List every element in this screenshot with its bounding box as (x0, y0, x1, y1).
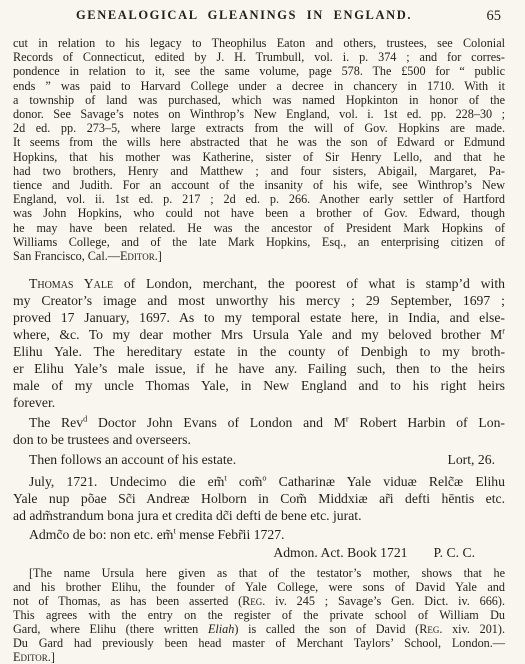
text-line: It seems from the wills here abstracted … (13, 135, 505, 149)
text-line: tience and Judith. For an account of the… (13, 178, 505, 192)
italic-text: Eliah (208, 623, 234, 636)
text-line: pondence in relation to it, see the same… (13, 64, 505, 78)
admco-line: Admc̃o de bo: non etc. em̃t mense Febr̃i… (13, 526, 505, 543)
estate-reference-line-right-text: Lort, 26. (447, 451, 505, 468)
small-caps-text: Thomas Yale (29, 276, 113, 291)
text-line: July, 1721. Undecimo die em̃t com̃o Cath… (13, 473, 505, 490)
text-run: Robert Harbin of Lon- (349, 415, 505, 430)
text-line: 2d ed. pp. 273–5, where large extracts f… (13, 121, 505, 135)
text-run: not of Thomas, as has been asserted ( (13, 595, 242, 608)
text-run: mense Febr̃ii 1727. (176, 527, 285, 542)
text-run: iv. 245 ; Savage’s Gen. Dict. iv. 666). (265, 595, 505, 608)
text-run: Doctor John Evans of London and M (87, 415, 346, 430)
text-run: ) is called the son of David ( (234, 623, 419, 636)
text-line: ends ” was paid to Harvard College under… (13, 79, 505, 93)
text-line: er Elihu Yale’s male issue, if he have a… (13, 360, 505, 377)
trustees-sentence: The Revd Doctor John Evans of London and… (13, 414, 505, 448)
text-run: Admc̃o de bo: non etc. em̃ (29, 527, 173, 542)
text-line: not of Thomas, as has been asserted (Reg… (13, 595, 505, 609)
text-line: had two brothers, Henry and Matthew ; an… (13, 164, 505, 178)
text-line: my Creator’s image and most unworthy his… (13, 292, 505, 309)
text-run: .] (155, 249, 162, 263)
page-header: GENEALOGICAL GLEANINGS IN ENGLAND. 65 (13, 8, 505, 28)
page-number: 65 (487, 8, 502, 25)
text-line: [The name Ursula here given as that of t… (13, 567, 505, 581)
text-line: and his brother Elihu, the founder of Ya… (13, 581, 505, 595)
text-run: Gard, where Elihu (there written (13, 623, 208, 636)
text-run: July, 1721. Undecimo die em̃ (29, 474, 224, 489)
text-line: Du Gard had previously been head master … (13, 637, 505, 651)
text-run: com̃ (227, 474, 263, 489)
text-line: forever. (13, 394, 505, 411)
text-run: where, &c. To my dear mother Mrs Ursula … (13, 327, 502, 342)
superscript-text: r (502, 327, 505, 336)
text-line: Records of Connecticut, edited by J. H. … (13, 50, 505, 64)
small-caps-text: Reg. (419, 623, 442, 636)
admon-act-book-line-text: Admon. Act. Book 1721 (273, 545, 407, 560)
text-line: male of my uncle Thomas Yale, in New Eng… (13, 377, 505, 394)
text-line: donor. See Savage’s notes on Winthrop’s … (13, 107, 505, 121)
estate-reference-line-left-text: Then follows an account of his estate. (13, 451, 236, 468)
text-run: xiv. 201). (442, 623, 505, 636)
running-title: GENEALOGICAL GLEANINGS IN ENGLAND. (13, 8, 505, 23)
text-line: Admc̃o de bo: non etc. em̃t mense Febr̃i… (13, 526, 505, 543)
text-line: proved 17 January, 1697. As to my tempor… (13, 309, 505, 326)
text-run: San Francisco, Cal.— (13, 249, 120, 263)
text-line: Editor.] (13, 651, 505, 664)
text-line: Williams College, and of the late Mark H… (13, 235, 505, 249)
hopkins-editor-note: cut in relation to his legacy to Theophi… (13, 36, 505, 263)
text-line: The Revd Doctor John Evans of London and… (13, 414, 505, 431)
text-line: England, vol. ii. 1st ed. p. 217 ; 2d ed… (13, 192, 505, 206)
thomas-yale-abstract: Thomas Yale of London, merchant, the poo… (13, 275, 505, 411)
text-line: a township of land was purchased, which … (13, 93, 505, 107)
text-line: Yale nup̱ p̱õae Sc̃i Andreæ Holborn in C… (13, 490, 505, 507)
text-run: .] (48, 651, 55, 664)
estate-reference-line: Then follows an account of his estate.Lo… (13, 451, 505, 468)
document-body: cut in relation to his legacy to Theophi… (13, 36, 505, 664)
small-caps-text: Editor (13, 651, 48, 664)
text-run: of London, merchant, the poorest of what… (113, 276, 505, 291)
text-line: he may have been related. He was the anc… (13, 221, 505, 235)
text-line: Gard, where Elihu (there written Eliah) … (13, 623, 505, 637)
text-line: don to be trustees and overseers. (13, 431, 505, 448)
latin-probate-entry: July, 1721. Undecimo die em̃t com̃o Cath… (13, 473, 505, 524)
book-page: GENEALOGICAL GLEANINGS IN ENGLAND. 65 cu… (0, 0, 525, 664)
small-caps-text: Reg. (242, 595, 265, 608)
text-line: San Francisco, Cal.—Editor.] (13, 249, 505, 263)
small-caps-text: Editor (120, 249, 155, 263)
text-line: cut in relation to his legacy to Theophi… (13, 36, 505, 50)
text-line: Thomas Yale of London, merchant, the poo… (13, 275, 505, 292)
admon-act-book-line: Admon. Act. Book 1721P. C. C. (13, 544, 505, 561)
text-line: Hopkins, that his mother was Katherine, … (13, 150, 505, 164)
text-line: Elihu Yale. The hereditary estate in the… (13, 343, 505, 360)
text-line: was John Hopkins, who could not have bee… (13, 206, 505, 220)
text-run: Catharinæ Yale viduæ Relc̃æ Elihu (267, 474, 505, 489)
text-line: ad adm̃strandum bona jura et credita dc̃… (13, 507, 505, 524)
text-line: This agrees with the entry on the regist… (13, 609, 505, 623)
admon-act-book-line-text2: P. C. C. (434, 545, 475, 560)
text-line: where, &c. To my dear mother Mrs Ursula … (13, 326, 505, 343)
text-run: The Rev (29, 415, 83, 430)
ursula-editor-note: [The name Ursula here given as that of t… (13, 567, 505, 664)
